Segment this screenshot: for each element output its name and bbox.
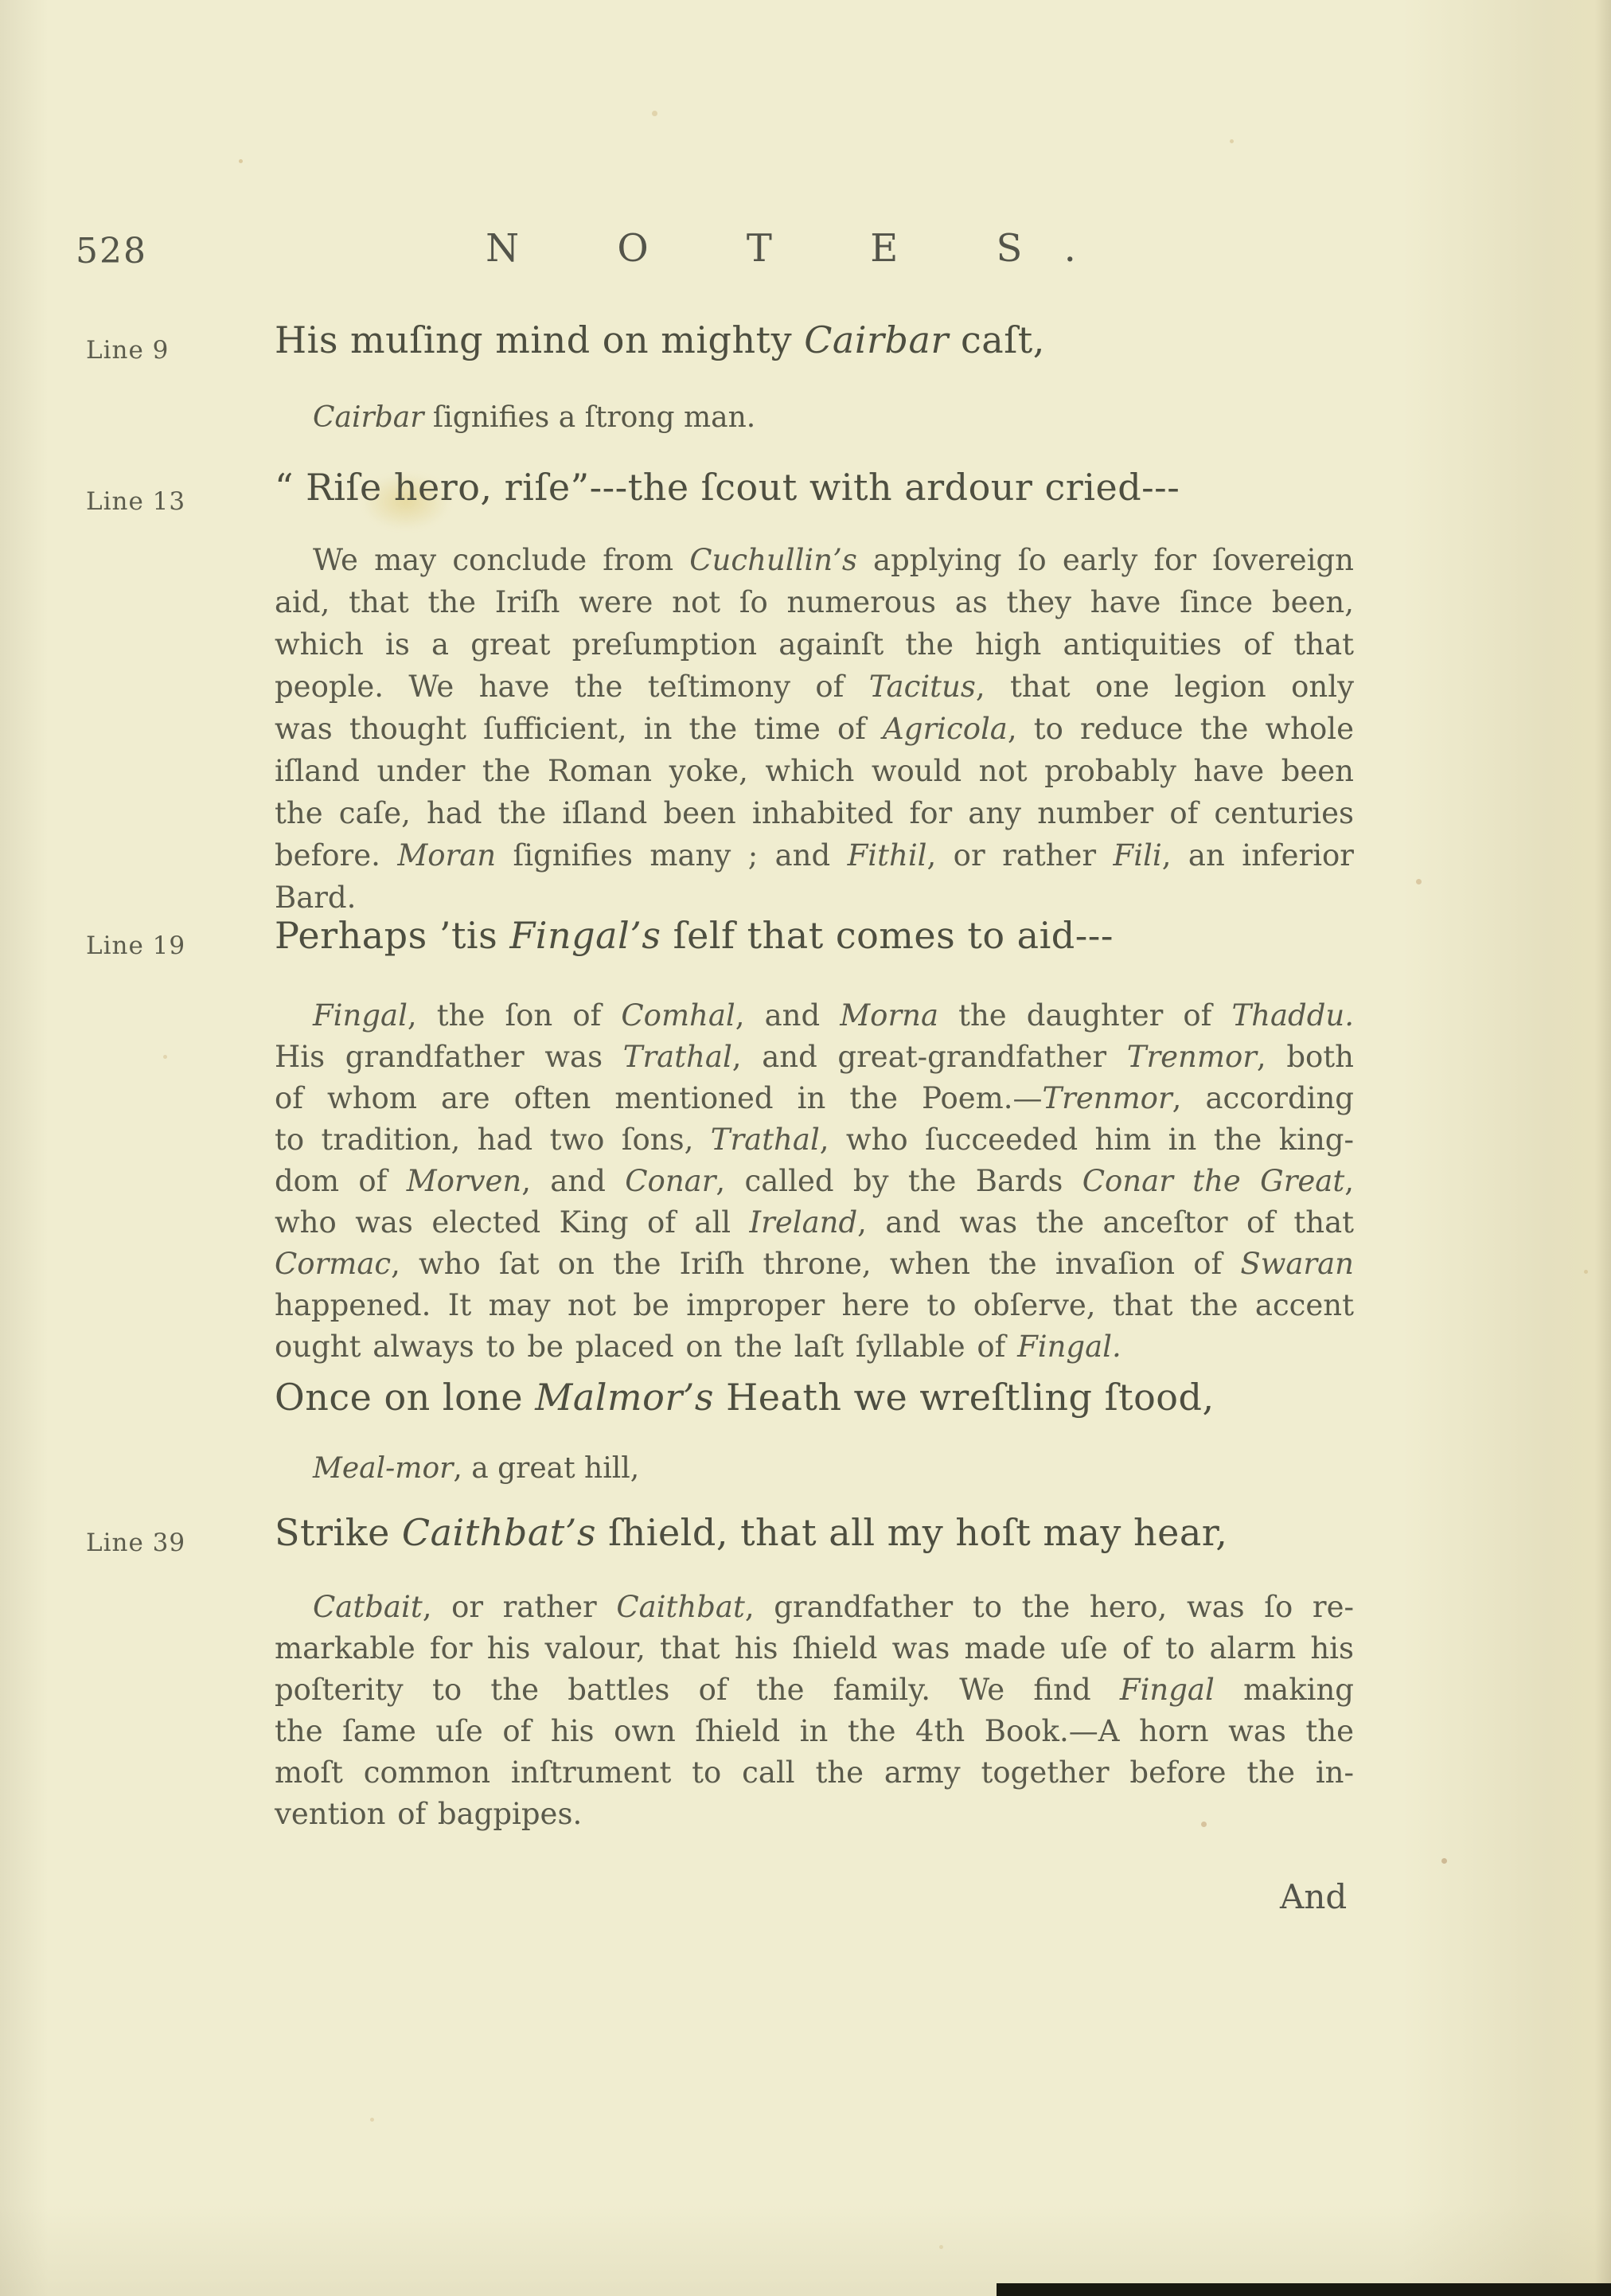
note-body-line: iſland under the Roman yoke, which would…	[275, 751, 1354, 792]
note-body-line: before. Moran ſignifies many ; and Fithi…	[275, 835, 1354, 877]
verse-heading-line9: His muſing mind on mighty Cairbar caſt,	[275, 318, 1045, 361]
note-body-line: Fingal, the ſon of Comhal, and Morna the…	[275, 995, 1354, 1037]
line-label-13: Line 13	[86, 487, 185, 516]
line-label-39: Line 39	[86, 1529, 185, 1557]
note-body-line: of whom are often mentioned in the Poem.…	[275, 1078, 1354, 1119]
note-body-line: We may conclude from Cuchullin’s applyin…	[275, 540, 1354, 581]
verse-heading-line19: Perhaps ’tis Fingal’s ſelf that comes to…	[275, 914, 1114, 957]
note-body-line: Bard.	[275, 877, 1354, 919]
note-body-line: which is a great preſumption againſt the…	[275, 624, 1354, 666]
line-label-9: Line 9	[86, 336, 169, 365]
note-body-line: poſterity to the battles of the family. …	[275, 1669, 1354, 1711]
note-body-line: His grandfather was Trathal, and great-g…	[275, 1037, 1354, 1078]
note-body-line: aid, that the Iriſh were not ſo numerous…	[275, 582, 1354, 623]
note-body-line: Cormac, who ſat on the Iriſh throne, whe…	[275, 1244, 1354, 1285]
note-body-line: happened. It may not be improper here to…	[275, 1285, 1354, 1326]
note-body-line: vention of bagpipes.	[275, 1794, 1354, 1835]
note-body-line: ought always to be placed on the laſt ſy…	[275, 1326, 1354, 1368]
scan-edge-strip	[997, 2283, 1611, 2296]
note-gloss-cairbar: Cairbar ſignifies a ſtrong man.	[313, 401, 755, 434]
note-body-line: moſt common inſtrument to call the army …	[275, 1752, 1354, 1794]
line-label-19: Line 19	[86, 931, 185, 960]
running-title: N O T E S.	[263, 226, 1342, 271]
note-body-line: dom of Morven, and Conar, called by the …	[275, 1161, 1354, 1202]
book-page: 528 N O T E S. Line 9 His muſing mind on…	[0, 0, 1611, 2296]
note-body-line: markable for his valour, that his ſhield…	[275, 1628, 1354, 1669]
note-body-line: to tradition, had two ſons, Trathal, who…	[275, 1119, 1354, 1161]
verse-heading-line13: “ Riſe hero, riſe”---the ſcout with ardo…	[275, 466, 1180, 509]
note-body-line: people. We have the teſtimony of Tacitus…	[275, 666, 1354, 708]
note-body-line: the caſe, had the iſland been inhabited …	[275, 793, 1354, 834]
note-body-line: the ſame uſe of his own ſhield in the 4t…	[275, 1711, 1354, 1752]
paper-specks	[239, 159, 243, 163]
note-gloss-mealmor: Meal-mor, a great hill,	[313, 1452, 639, 1485]
page-number: 528	[76, 231, 147, 271]
note-body-line: was thought ſufficient, in the time of A…	[275, 709, 1354, 750]
note-body-line: Catbait, or rather Caithbat, grandfather…	[275, 1587, 1354, 1628]
catchword: And	[1280, 1877, 1347, 1916]
note-body-line: who was elected King of all Ireland, and…	[275, 1202, 1354, 1244]
verse-heading-line39: Strike Caithbat’s ſhield, that all my ho…	[275, 1511, 1227, 1554]
verse-heading-malmor: Once on lone Malmor’s Heath we wreſtling…	[275, 1376, 1215, 1419]
